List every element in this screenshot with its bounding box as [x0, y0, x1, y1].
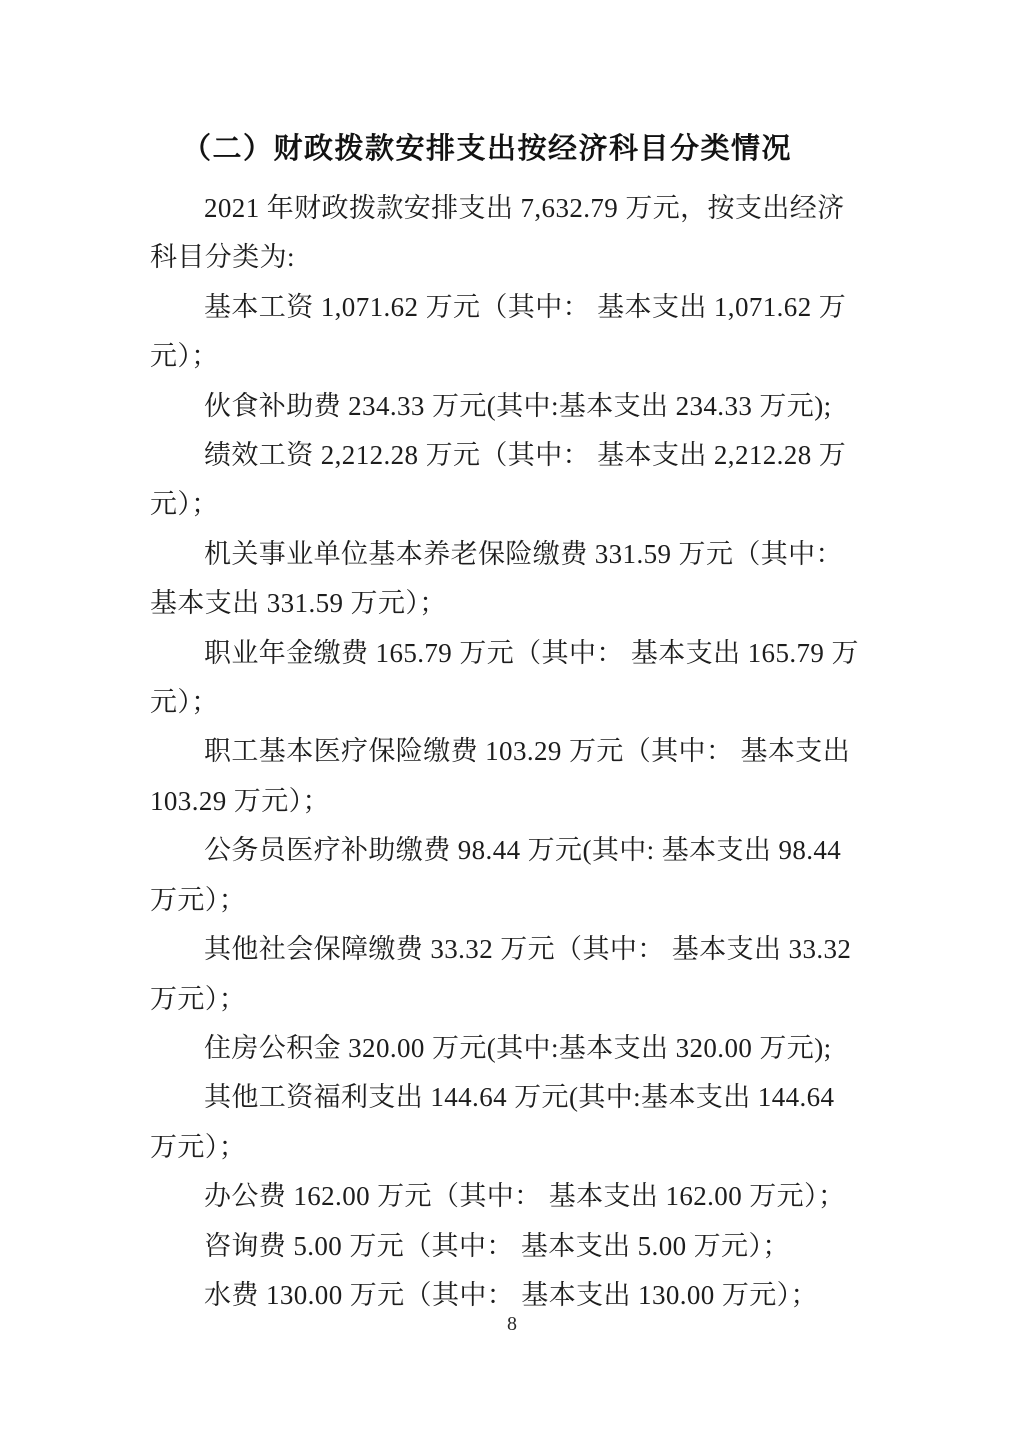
text-line: 咨询费 5.00 万元（其中： 基本支出 5.00 万元）；	[150, 1222, 890, 1271]
text-line: 万元）；	[150, 876, 890, 925]
text-line: 2021 年财政拨款安排支出 7,632.79 万元，按支出经济	[150, 184, 890, 233]
text-line: 其他工资福利支出 144.64 万元(其中:基本支出 144.64	[150, 1073, 890, 1122]
text-line: 103.29 万元）；	[150, 777, 890, 826]
text-line: 住房公积金 320.00 万元(其中:基本支出 320.00 万元);	[150, 1024, 890, 1073]
text-line: 伙食补助费 234.33 万元(其中:基本支出 234.33 万元);	[150, 382, 890, 431]
section-heading: （二）财政拨款安排支出按经济科目分类情况	[150, 124, 890, 174]
text-line: 公务员医疗补助缴费 98.44 万元(其中: 基本支出 98.44	[150, 826, 890, 875]
text-line: 基本工资 1,071.62 万元（其中： 基本支出 1,071.62 万	[150, 283, 890, 332]
text-line: 元）；	[150, 678, 890, 727]
page-number: 8	[0, 1313, 1024, 1336]
text-line: 办公费 162.00 万元（其中： 基本支出 162.00 万元）；	[150, 1172, 890, 1221]
text-line: 机关事业单位基本养老保险缴费 331.59 万元（其中：	[150, 530, 890, 579]
document-page: （二）财政拨款安排支出按经济科目分类情况 2021 年财政拨款安排支出 7,63…	[0, 0, 1024, 1448]
text-line: 元）；	[150, 332, 890, 381]
text-line: 万元）；	[150, 975, 890, 1024]
text-line: 职工基本医疗保险缴费 103.29 万元（其中： 基本支出	[150, 727, 890, 776]
text-line: 其他社会保障缴费 33.32 万元（其中： 基本支出 33.32	[150, 925, 890, 974]
text-line: 绩效工资 2,212.28 万元（其中： 基本支出 2,212.28 万	[150, 431, 890, 480]
text-block: （二）财政拨款安排支出按经济科目分类情况 2021 年财政拨款安排支出 7,63…	[150, 124, 890, 1320]
text-line: 基本支出 331.59 万元）；	[150, 579, 890, 628]
text-line: 职业年金缴费 165.79 万元（其中： 基本支出 165.79 万	[150, 629, 890, 678]
text-line: 元）；	[150, 480, 890, 529]
text-line: 科目分类为:	[150, 233, 890, 282]
text-line: 万元）；	[150, 1123, 890, 1172]
